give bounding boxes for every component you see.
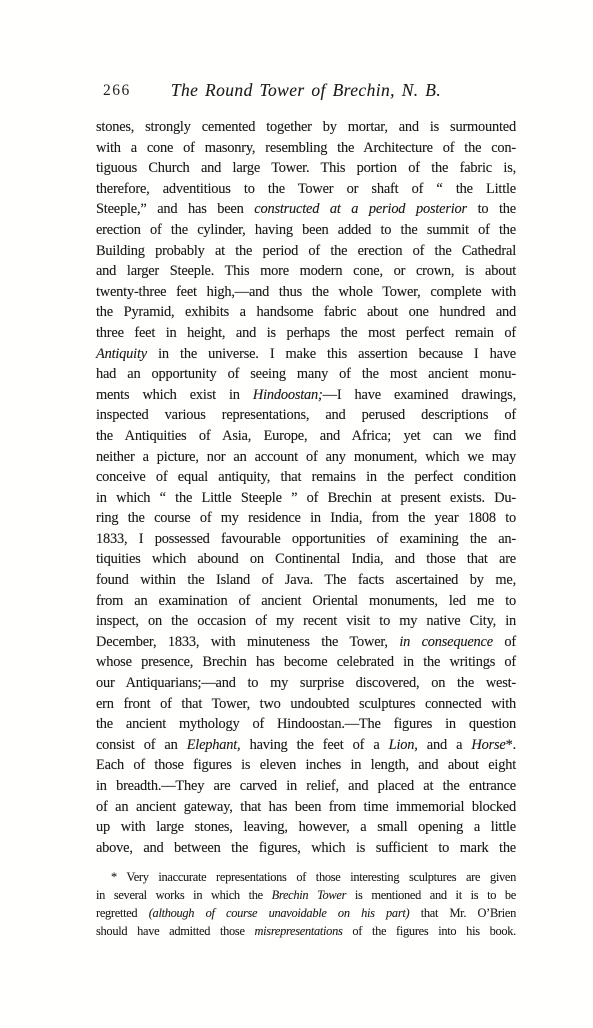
body-line: in which “ the Little Steeple ” of Brech…: [96, 488, 516, 509]
body-line: the Antiquities of Asia, Europe, and Afr…: [96, 426, 516, 447]
body-line: ments which exist in Hindoostan;—I have …: [96, 385, 516, 406]
body-line: tiquities which abound on Continental In…: [96, 549, 516, 570]
body-line: consist of an Elephant, having the feet …: [96, 735, 516, 756]
body-line: had an opportunity of seeing many of the…: [96, 364, 516, 385]
footnote-line: regretted (although of course unavoidabl…: [96, 905, 516, 923]
body-line: Steeple,” and has been constructed at a …: [96, 199, 516, 220]
body-text: stones, strongly cemented together by mo…: [96, 117, 516, 858]
running-title: The Round Tower of Brechin, N. B.: [96, 80, 516, 101]
body-line: Building probably at the period of the e…: [96, 241, 516, 262]
body-line: December, 1833, with minuteness the Towe…: [96, 632, 516, 653]
body-line: erection of the cylinder, having been ad…: [96, 220, 516, 241]
body-line: 1833, I possessed favourable opportuniti…: [96, 529, 516, 550]
body-line: inspect, on the occasion of my recent vi…: [96, 611, 516, 632]
body-line: Antiquity in the universe. I make this a…: [96, 344, 516, 365]
body-line: whose presence, Brechin has become celeb…: [96, 652, 516, 673]
body-line: twenty-three feet high,—and thus the who…: [96, 282, 516, 303]
footnote-line: in several works in which the Brechin To…: [96, 887, 516, 905]
body-line: with a cone of masonry, resembling the A…: [96, 138, 516, 159]
footnote: * Very inaccurate representations of tho…: [96, 869, 516, 940]
body-line: ern front of that Tower, two undoubted s…: [96, 694, 516, 715]
body-line: the ancient mythology of Hindoostan.—The…: [96, 714, 516, 735]
body-line: from an examination of ancient Oriental …: [96, 591, 516, 612]
page-header: 266 The Round Tower of Brechin, N. B.: [96, 80, 516, 104]
body-line: neither a picture, nor an account of any…: [96, 447, 516, 468]
body-line: three feet in height, and is perhaps the…: [96, 323, 516, 344]
book-page: 266 The Round Tower of Brechin, N. B. st…: [0, 0, 593, 1028]
body-line: therefore, adventitious to the Tower or …: [96, 179, 516, 200]
body-line: inspected various representations, and p…: [96, 405, 516, 426]
footnote-line: should have admitted those misrepresenta…: [96, 923, 516, 941]
body-line: in breadth.—They are carved in relief, a…: [96, 776, 516, 797]
text-column: 266 The Round Tower of Brechin, N. B. st…: [96, 80, 516, 941]
body-line: found within the Island of Java. The fac…: [96, 570, 516, 591]
body-line: ring the course of my residence in India…: [96, 508, 516, 529]
body-line: of an ancient gateway, that has been fro…: [96, 797, 516, 818]
body-line: above, and between the figures, which is…: [96, 838, 516, 859]
body-line: Each of those figures is eleven inches i…: [96, 755, 516, 776]
page-number: 266: [103, 82, 131, 100]
body-line: stones, strongly cemented together by mo…: [96, 117, 516, 138]
body-line: up with large stones, leaving, however, …: [96, 817, 516, 838]
footnote-line: * Very inaccurate representations of tho…: [96, 869, 516, 887]
body-line: conceive of equal antiquity, that remain…: [96, 467, 516, 488]
body-line: our Antiquarians;—and to my surprise dis…: [96, 673, 516, 694]
body-line: and larger Steeple. This more modern con…: [96, 261, 516, 282]
body-line: tiguous Church and large Tower. This por…: [96, 158, 516, 179]
body-line: the Pyramid, exhibits a handsome fabric …: [96, 302, 516, 323]
